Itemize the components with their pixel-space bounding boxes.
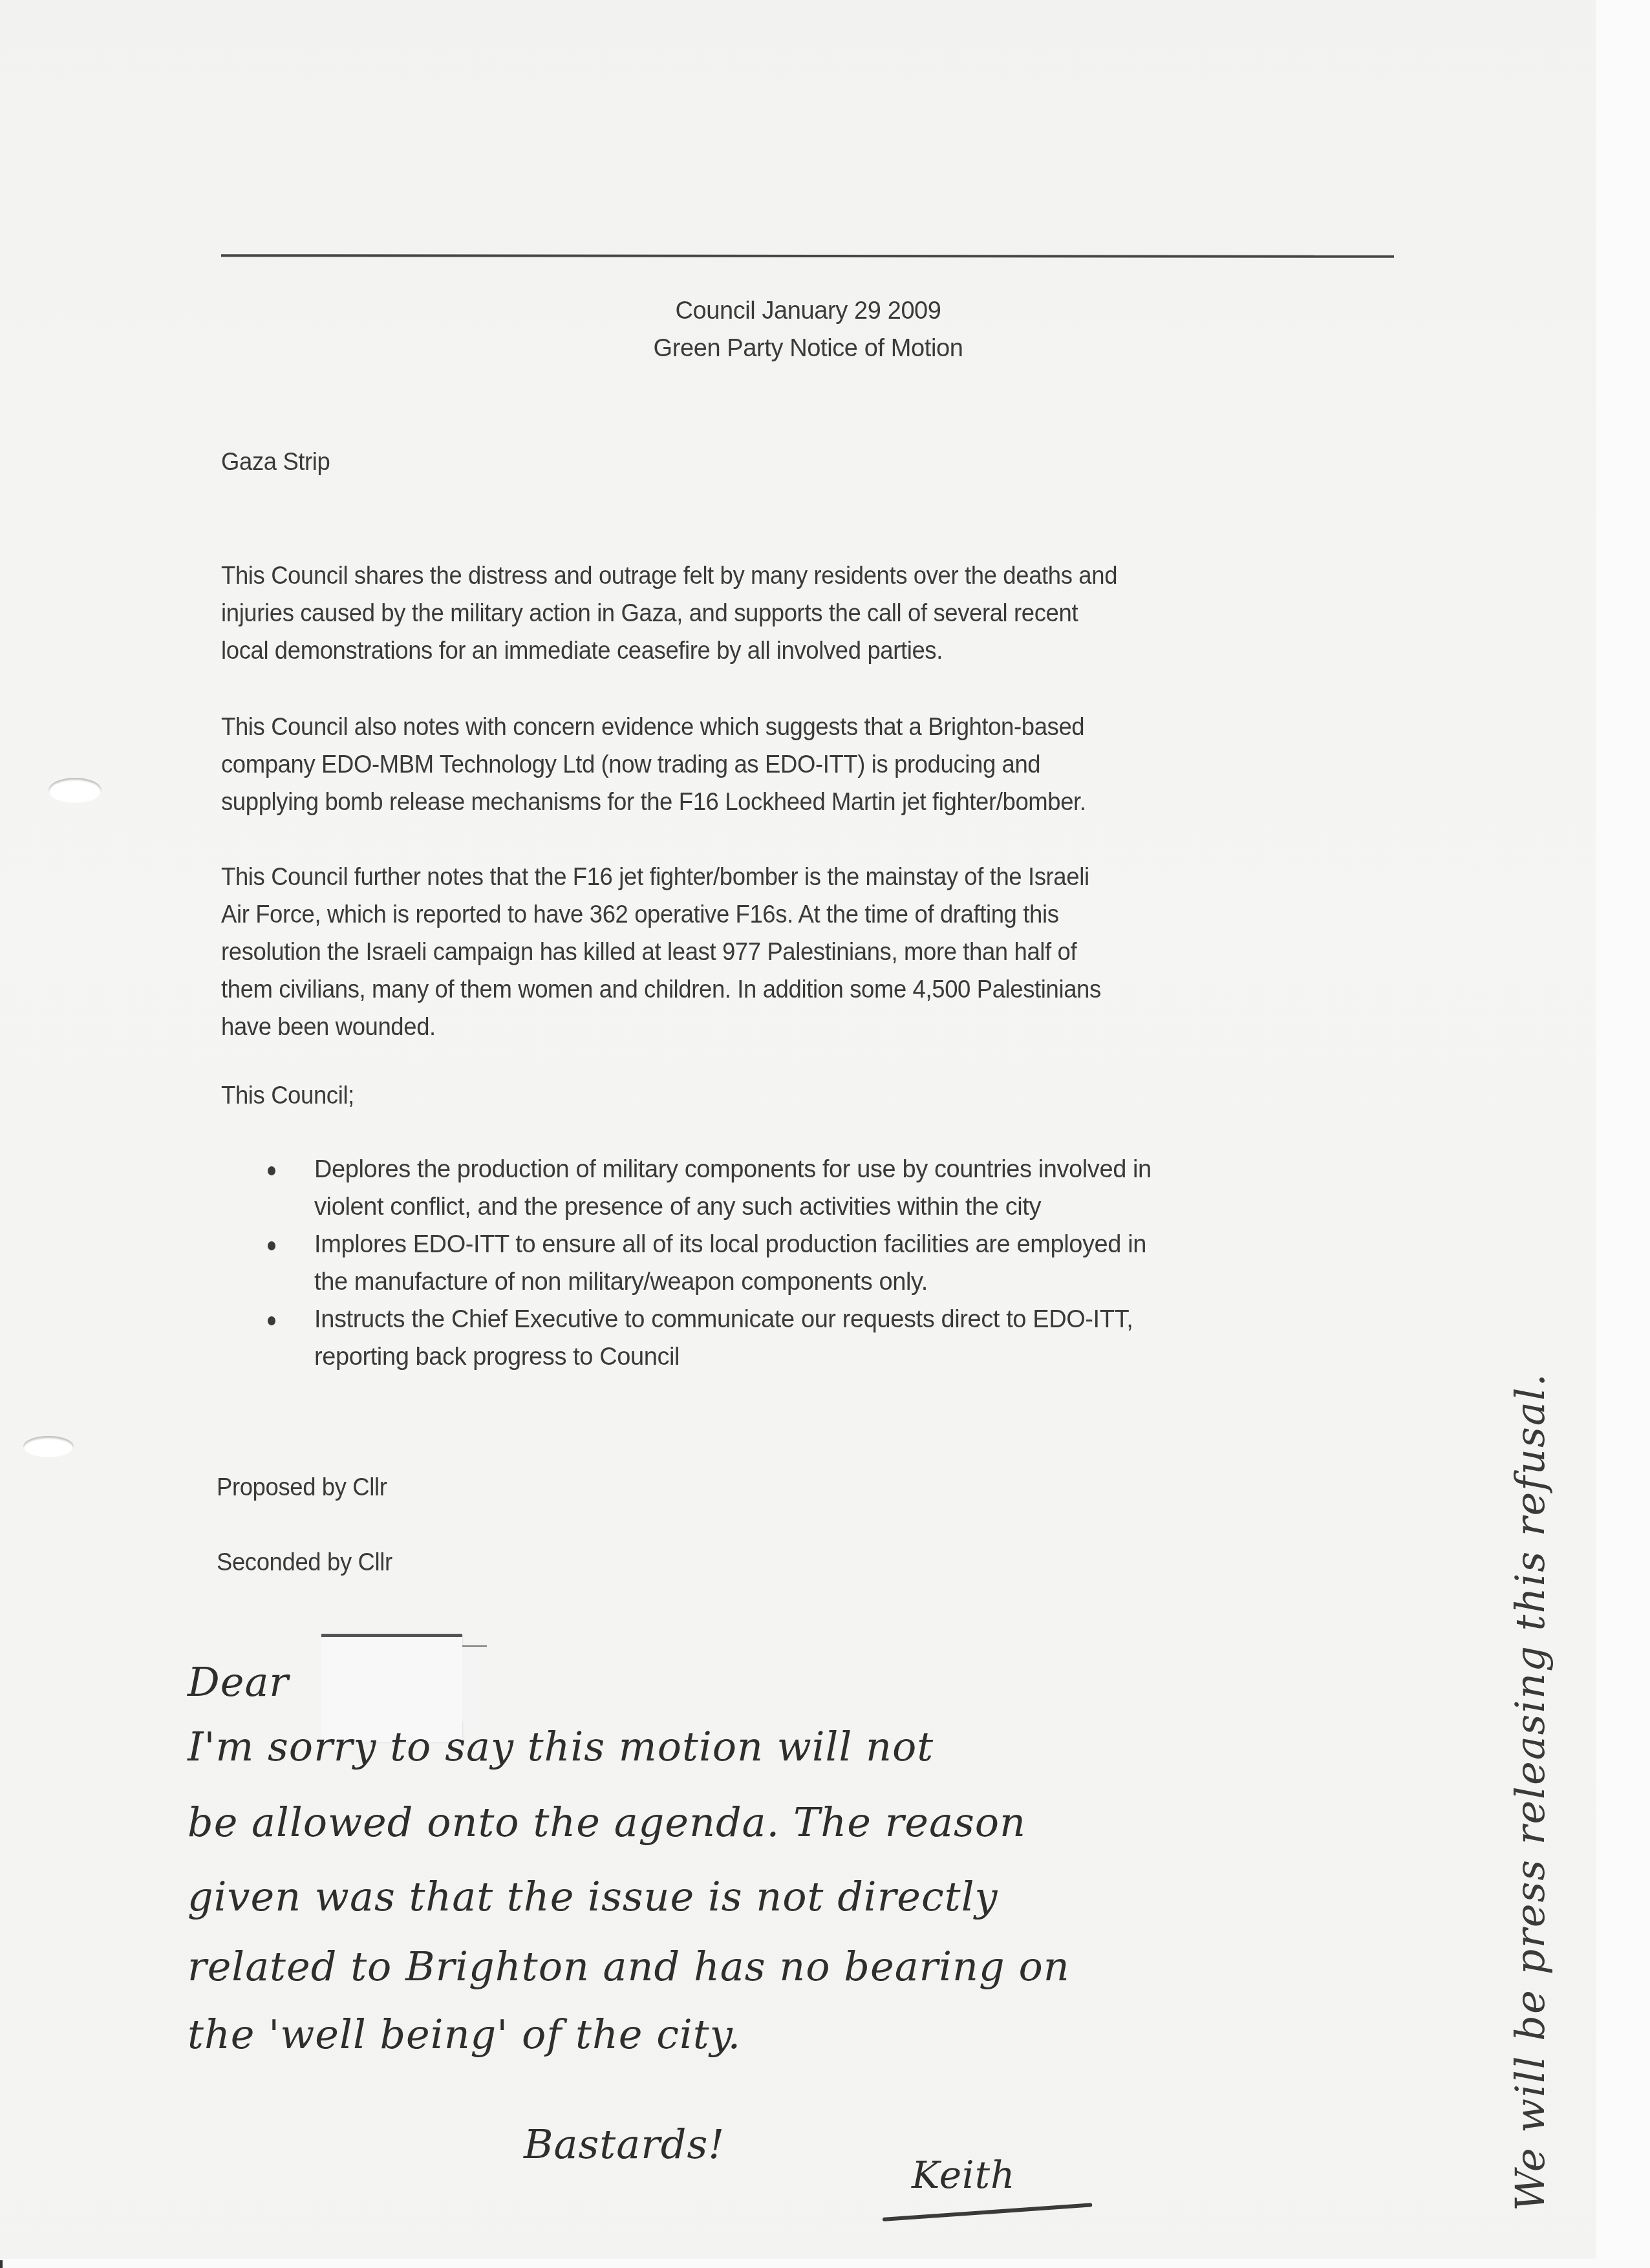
resolution-line: reporting back progress to Council <box>314 1338 1152 1376</box>
margin-note-vertical: We will be press releasing this refusal. <box>1506 1373 1554 2211</box>
handwritten-salutation: Dear <box>187 1658 289 1706</box>
paragraph-line: supplying bomb release mechanisms for th… <box>221 784 1086 821</box>
paragraph-line: them civilians, many of them women and c… <box>221 971 1101 1009</box>
document-header-line2: Green Party Notice of Motion <box>0 330 1616 367</box>
resolution-item: Deplores the production of military comp… <box>261 1151 1152 1226</box>
motion-subject: Gaza Strip <box>221 444 330 481</box>
resolution-item: Instructs the Chief Executive to communi… <box>261 1301 1152 1376</box>
bullet-icon <box>268 1166 275 1175</box>
paragraph-line: This Council also notes with concern evi… <box>221 709 1086 746</box>
paragraph-line: This Council further notes that the F16 … <box>221 859 1101 896</box>
resolution-line: violent conflict, and the presence of an… <box>314 1188 1152 1226</box>
paragraph-1: This Council shares the distress and out… <box>221 557 1117 670</box>
resolution-line: the manufacture of non military/weapon c… <box>314 1263 1152 1301</box>
resolution-intro: This Council; <box>221 1077 354 1115</box>
paragraph-line: company EDO-MBM Technology Ltd (now trad… <box>221 746 1086 784</box>
paragraph-line: resolution the Israeli campaign has kill… <box>221 934 1101 971</box>
handwritten-line: I'm sorry to say this motion will not <box>187 1723 934 1770</box>
paragraph-line: have been wounded. <box>221 1009 1101 1046</box>
resolution-item: Implores EDO-ITT to ensure all of its lo… <box>261 1226 1152 1301</box>
punch-hole-top <box>48 778 102 802</box>
proposed-by: Proposed by Cllr <box>217 1469 387 1506</box>
redaction-tape-flap <box>462 1645 487 1721</box>
resolution-line: Deplores the production of military comp… <box>314 1151 1152 1188</box>
seconded-by: Seconded by Cllr <box>217 1544 392 1581</box>
paragraph-line: Air Force, which is reported to have 362… <box>221 896 1101 934</box>
resolution-line: Instructs the Chief Executive to communi… <box>314 1301 1152 1338</box>
bullet-icon <box>268 1241 275 1250</box>
handwritten-line: given was that the issue is not directly <box>187 1873 998 1920</box>
handwritten-line: related to Brighton and has no bearing o… <box>187 1943 1070 1990</box>
document-header-line1: Council January 29 2009 <box>0 292 1616 330</box>
handwritten-line: the 'well being' of the city. <box>187 2011 741 2058</box>
paragraph-2: This Council also notes with concern evi… <box>221 709 1086 821</box>
paragraph-line: injuries caused by the military action i… <box>221 595 1117 632</box>
handwritten-signature: Keith <box>912 2153 1015 2197</box>
scanner-edge-mark <box>0 2260 3 2268</box>
paragraph-line: local demonstrations for an immediate ce… <box>221 632 1117 670</box>
handwritten-exclamation: Bastards! <box>524 2121 725 2168</box>
scanner-margin-bottom <box>0 2259 1650 2268</box>
resolution-list: Deplores the production of military comp… <box>261 1151 1152 1376</box>
handwritten-line: be allowed onto the agenda. The reason <box>187 1799 1026 1846</box>
bullet-icon <box>268 1316 275 1325</box>
resolution-line: Implores EDO-ITT to ensure all of its lo… <box>314 1226 1152 1263</box>
punch-hole-bottom <box>23 1436 74 1457</box>
paragraph-line: This Council shares the distress and out… <box>221 557 1117 595</box>
paragraph-3: This Council further notes that the F16 … <box>221 859 1101 1046</box>
